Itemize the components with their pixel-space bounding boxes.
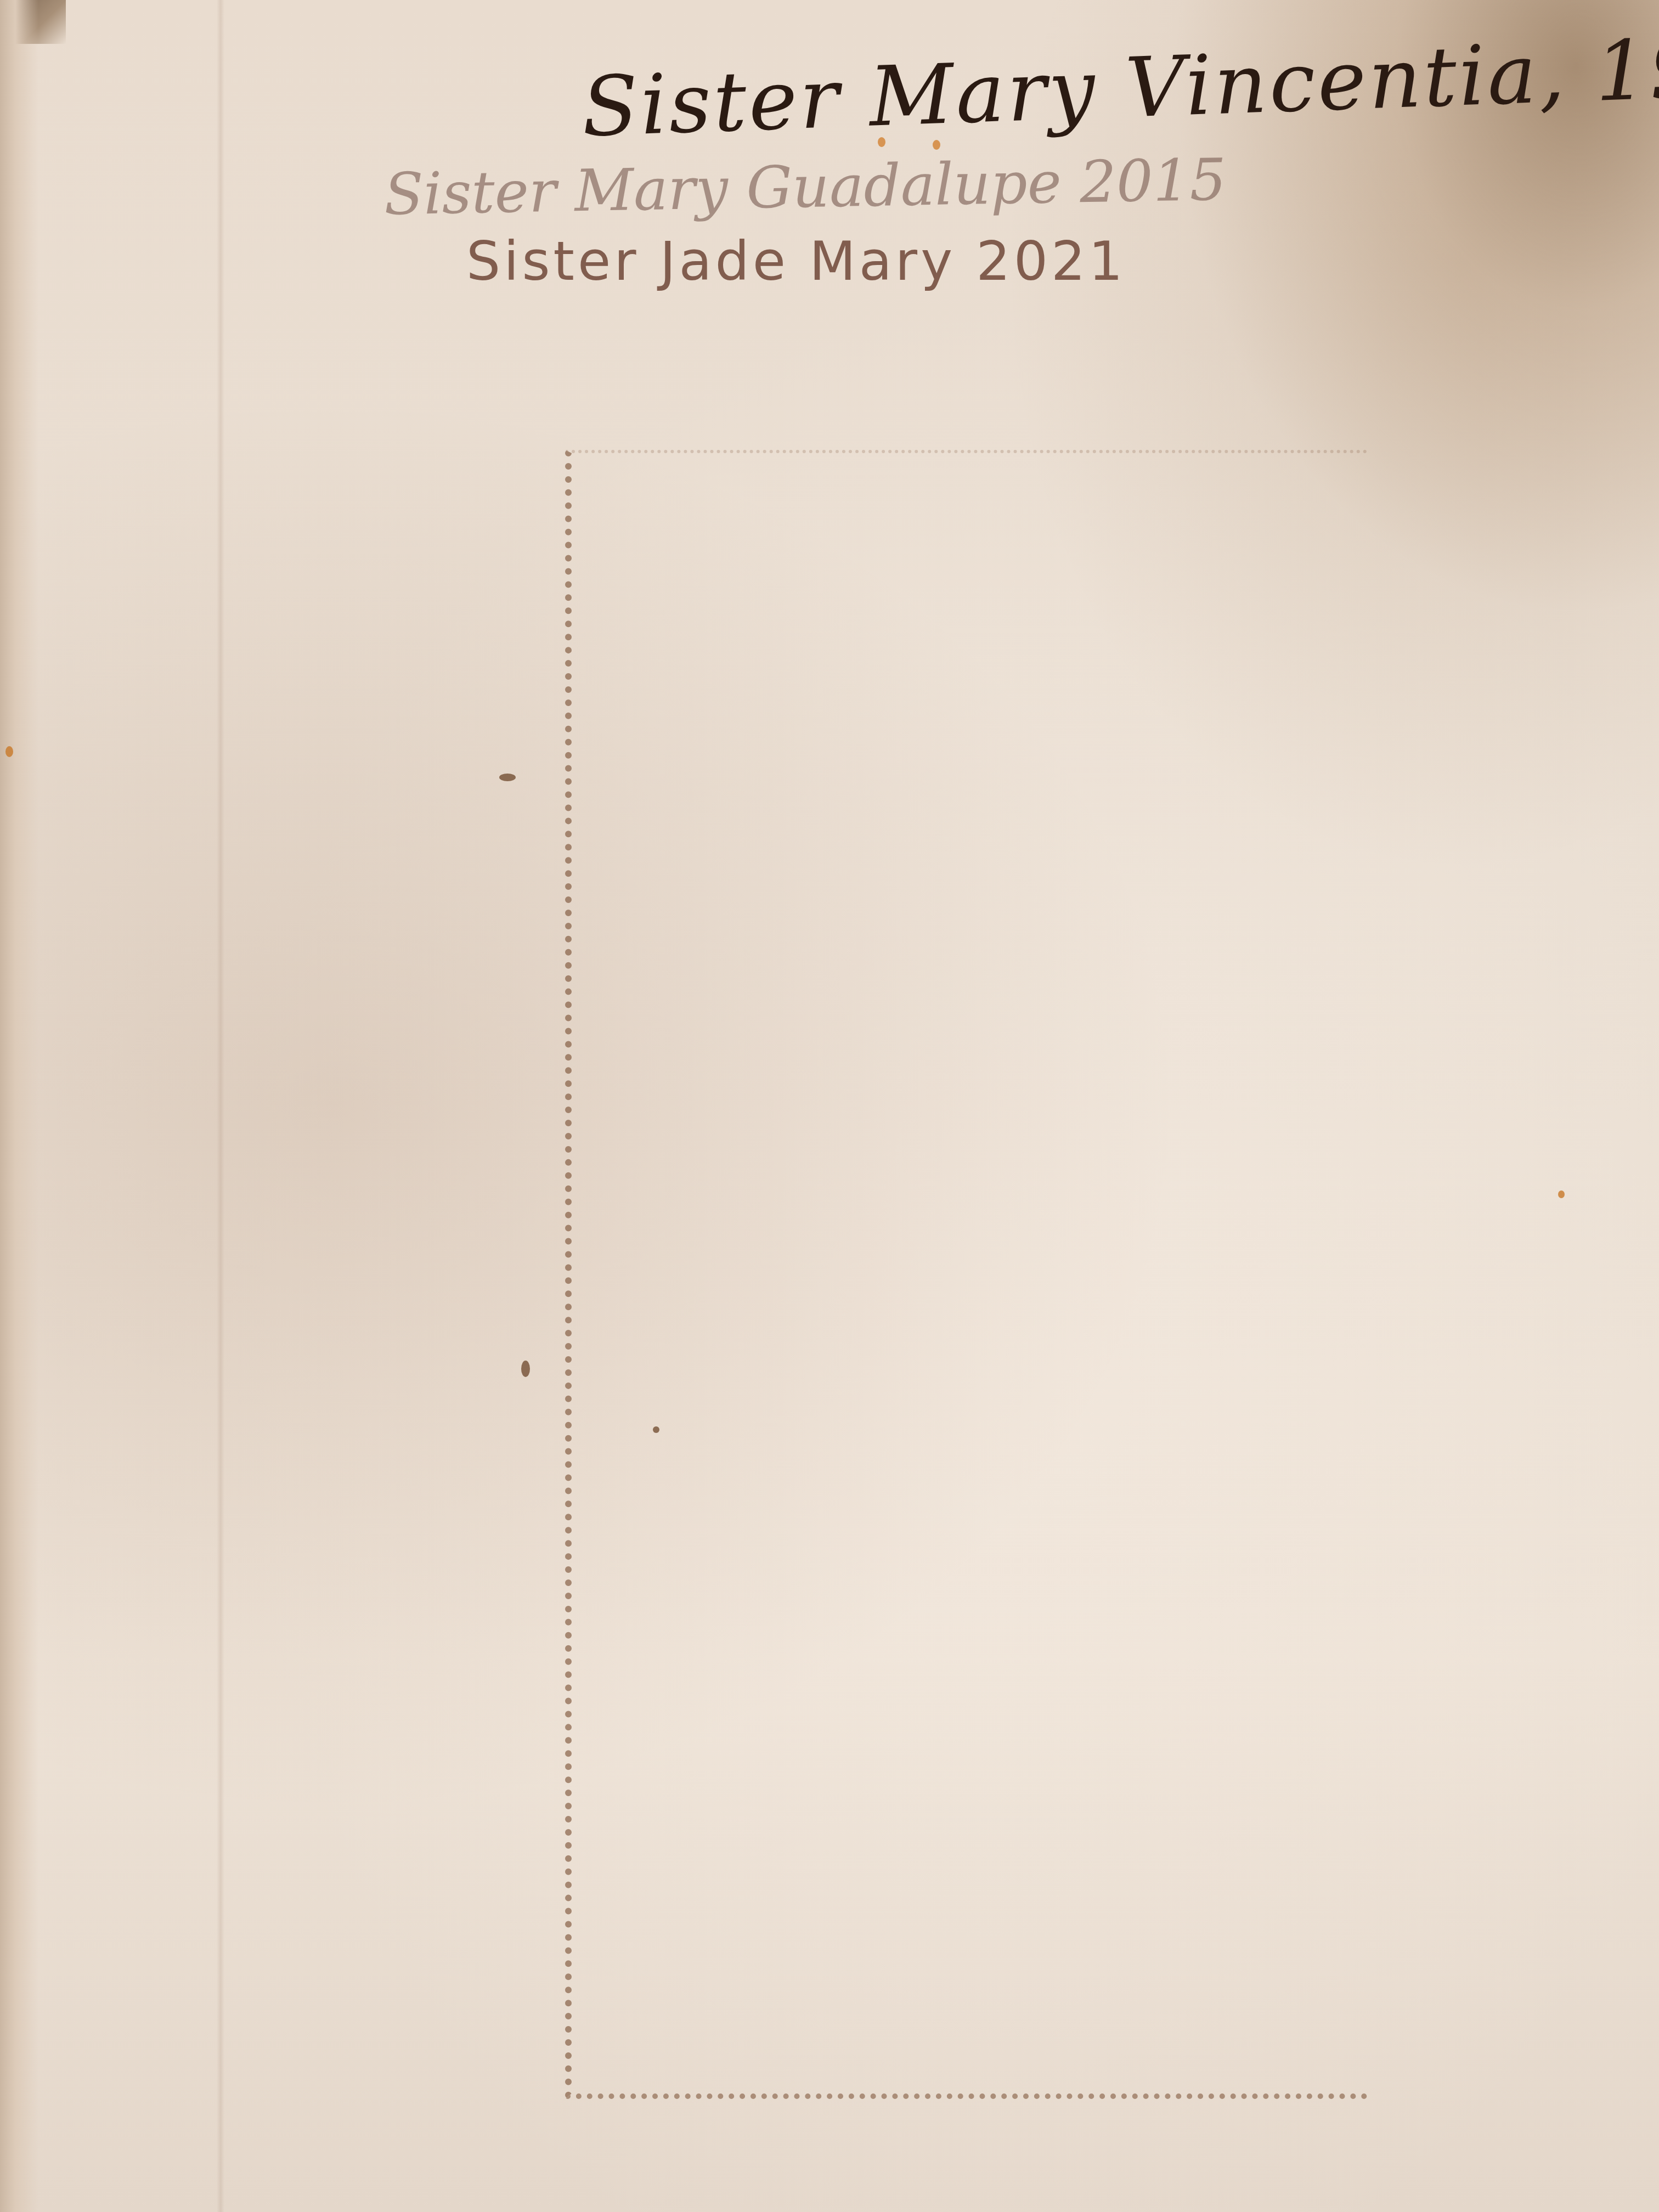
foxing-speck <box>499 774 516 781</box>
foxing-speck <box>521 1361 530 1377</box>
inscription-guadalupe: Sister Mary Guadalupe 2015 <box>383 146 1227 228</box>
foxing-speck <box>653 1426 659 1433</box>
foxing-stain-outline <box>565 450 1367 2099</box>
fold-line <box>217 0 224 2212</box>
spine-edge <box>0 0 38 2212</box>
endpaper-page: Sister Mary Vincentia, 1966 Sister Mary … <box>0 0 1659 2212</box>
inscription-vincentia: Sister Mary Vincentia, 1966 <box>580 17 1659 155</box>
foxing-speck <box>1558 1190 1565 1198</box>
inscription-jade-mary: Sister Jade Mary 2021 <box>466 230 1126 293</box>
foxing-speck <box>5 746 13 757</box>
